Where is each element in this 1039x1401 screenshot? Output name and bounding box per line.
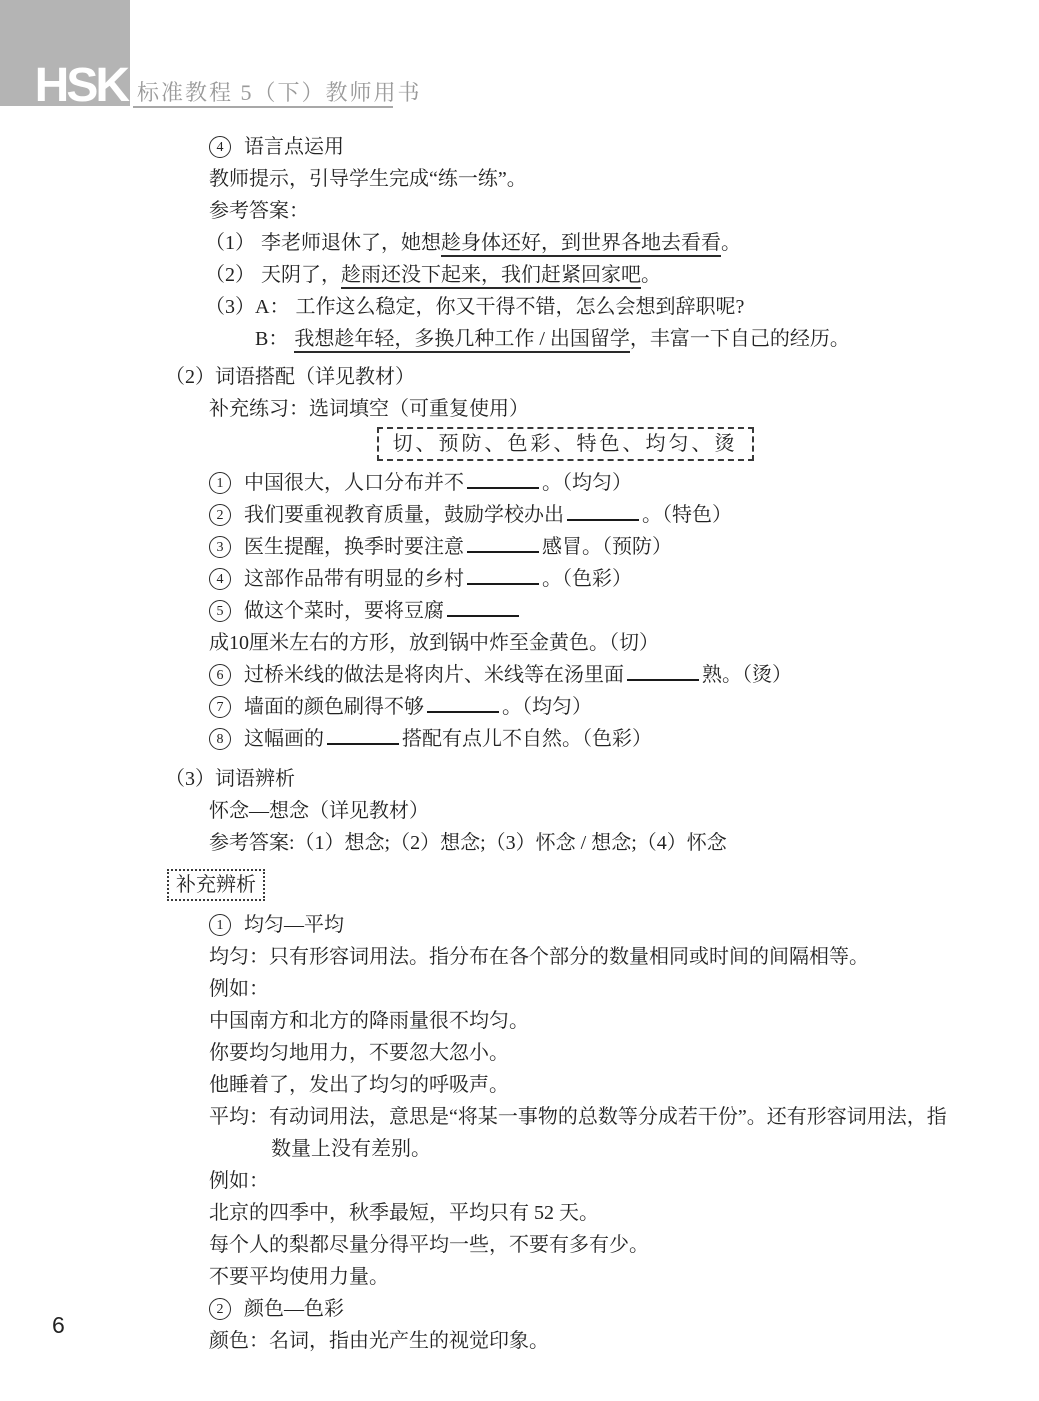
definition-term: 平均： [209,1106,269,1128]
answer-line: （1）李老师退休了，她想趁身体还好，到世界各地去看看。 [205,227,965,259]
supplement-item-heading: 2颜色—色彩 [209,1293,965,1325]
text-segment: 熟。（烫） [702,664,792,686]
text-segment: 这幅画的 [244,728,324,750]
item-number: 8 [209,728,231,750]
answer-label: （2） [205,264,255,286]
text-segment: 。 [721,232,741,254]
underlined-answer-text: 趁身体还好，到世界各地去看看 [441,232,721,257]
example-sentence: 你要均匀地用力，不要忽大忽小。 [209,1037,965,1069]
answer-blank [447,601,519,617]
discrimination-answers: 参考答案:（1）想念;（2）想念;（3）怀念 / 想念;（4）怀念 [209,827,965,859]
answer-label: B： [255,328,288,350]
definition-line: 均匀：只有形容词用法。指分布在各个部分的数量相同或时间的间隔相等。 [209,941,965,973]
text-segment: 这部作品带有明显的乡村 [244,568,464,590]
heading-text: 颜色—色彩 [244,1298,344,1320]
discrimination-heading: （3）词语辨析 [165,763,965,795]
definition-text: 只有形容词用法。指分布在各个部分的数量相同或时间的间隔相等。 [269,946,869,968]
text-segment: 医生提醒，换季时要注意 [244,536,464,558]
item-number: 4 [209,568,231,590]
item-number: 7 [209,696,231,718]
example-sentence: 不要平均使用力量。 [209,1261,965,1293]
word-bank-box: 切、预防、色彩、特色、均匀、烫 [377,427,754,461]
definition-text: 有动词用法，意思是“将某一事物的总数等分成若干份”。还有形容词用法，指数量上没有… [269,1106,947,1160]
text-segment: 墙面的颜色刷得不够 [244,696,424,718]
heading-text: 均匀—平均 [244,914,344,936]
supplement-blocks: 1均匀—平均均匀：只有形容词用法。指分布在各个部分的数量相同或时间的间隔相等。例… [165,909,965,1357]
item-number: 2 [209,1298,231,1320]
text-segment: 做这个菜时，要将豆腐 [244,600,444,622]
text-segment: 成10厘米左右的方形，放到锅中炸至金黄色。（切） [209,632,659,654]
fill-item: 3医生提醒，换季时要注意感冒。（预防） [209,531,965,563]
header-subtitle: 标准教程 5（下）教师用书 [137,76,422,107]
answer-blank [427,697,499,713]
example-sentence: 中国南方和北方的降雨量很不均匀。 [209,1005,965,1037]
fill-item: 4这部作品带有明显的乡村。（色彩） [209,563,965,595]
answer-line: B：我想趁年轻，多换几种工作 / 出国留学，丰富一下自己的经历。 [255,323,965,355]
definition-text: 名词，指由光产生的视觉印象。 [269,1330,549,1352]
text-segment: 我们要重视教育质量，鼓励学校办出 [244,504,564,526]
underlined-answer-text: 我想趁年轻，多换几种工作 / 出国留学 [294,328,630,353]
fill-item: 2我们要重视教育质量，鼓励学校办出。（特色） [209,499,965,531]
fill-item: 5做这个菜时，要将豆腐成10厘米左右的方形，放到锅中炸至金黄色。（切） [209,595,965,659]
text-segment: 。（色彩） [542,568,632,590]
answer-label: （1） [205,232,255,254]
example-sentence: 每个人的梨都尽量分得平均一些，不要有多有少。 [209,1229,965,1261]
reference-answers-label: 参考答案： [209,195,965,227]
answer-blank [327,729,399,745]
text-segment: 工作这么稳定，你又干得不错，怎么会想到辞职呢? [295,296,744,318]
heading-text: 语言点运用 [244,136,344,158]
example-sentence: 他睡着了，发出了均匀的呼吸声。 [209,1069,965,1101]
text-segment: 搭配有点儿不自然。（色彩） [402,728,652,750]
text-segment: 李老师退休了，她想 [261,232,441,254]
item-number: 5 [209,600,231,622]
text-segment: 。（均匀） [542,472,632,494]
hsk-logo: HSK [35,62,127,110]
discrimination-subheading: 怀念—想念（详见教材） [209,795,965,827]
fill-item: 1中国很大，人口分布并不。（均匀） [209,467,965,499]
example-label: 例如： [209,1165,965,1197]
definition-term: 颜色： [209,1330,269,1352]
answer-blank [567,505,639,521]
answer-blank [467,569,539,585]
header-rule [133,106,393,108]
definition-term: 均匀： [209,946,269,968]
supplement-label-box: 补充辨析 [167,869,265,901]
answer-blank [467,473,539,489]
circled-number: 4 [209,136,231,158]
page-content: 4语言点运用 教师提示，引导学生完成“练一练”。 参考答案： （1）李老师退休了… [165,131,965,1357]
item-number: 6 [209,664,231,686]
definition-line: 颜色：名词，指由光产生的视觉印象。 [209,1325,965,1357]
text-segment: 感冒。（预防） [542,536,672,558]
fill-item: 6过桥米线的做法是将肉片、米线等在汤里面熟。（烫） [209,659,965,691]
item-number: 1 [209,472,231,494]
collocation-subheading: 补充练习：选词填空（可重复使用） [209,393,965,425]
header-logo-box: HSK [0,0,130,106]
teacher-tip: 教师提示，引导学生完成“练一练”。 [209,163,965,195]
answer-line: （2）天阴了，趁雨还没下起来，我们赶紧回家吧。 [205,259,965,291]
example-sentence: 北京的四季中，秋季最短，平均只有 52 天。 [209,1197,965,1229]
answers-list: （1）李老师退休了，她想趁身体还好，到世界各地去看看。（2）天阴了，趁雨还没下起… [165,227,965,355]
collocation-heading: （2）词语搭配（详见教材） [165,361,965,393]
definition-line: 平均：有动词用法，意思是“将某一事物的总数等分成若干份”。还有形容词用法，指数量… [209,1101,965,1165]
text-segment: 。（均匀） [502,696,592,718]
language-points-heading: 4语言点运用 [209,131,965,163]
book-page: HSK 标准教程 5（下）教师用书 4语言点运用 教师提示，引导学生完成“练一练… [0,0,1039,1401]
answer-line: （3）A：工作这么稳定，你又干得不错，怎么会想到辞职呢? [205,291,965,323]
text-segment: ，丰富一下自己的经历。 [630,328,850,350]
item-number: 2 [209,504,231,526]
fill-item: 7墙面的颜色刷得不够。（均匀） [209,691,965,723]
text-segment: 。（特色） [642,504,732,526]
answer-blank [467,537,539,553]
fill-items-list: 1中国很大，人口分布并不。（均匀）2我们要重视教育质量，鼓励学校办出。（特色）3… [165,467,965,755]
supplement-item-heading: 1均匀—平均 [209,909,965,941]
item-number: 3 [209,536,231,558]
fill-item: 8这幅画的搭配有点儿不自然。（色彩） [209,723,965,755]
underlined-answer-text: 趁雨还没下起来，我们赶紧回家吧 [341,264,641,289]
item-number: 1 [209,914,231,936]
answer-label: （3）A： [205,296,289,318]
answer-blank [627,665,699,681]
text-segment: 天阴了， [261,264,341,286]
text-segment: 中国很大，人口分布并不 [244,472,464,494]
page-number: 6 [52,1312,65,1339]
example-label: 例如： [209,973,965,1005]
text-segment: 。 [641,264,661,286]
text-segment: 过桥米线的做法是将肉片、米线等在汤里面 [244,664,624,686]
